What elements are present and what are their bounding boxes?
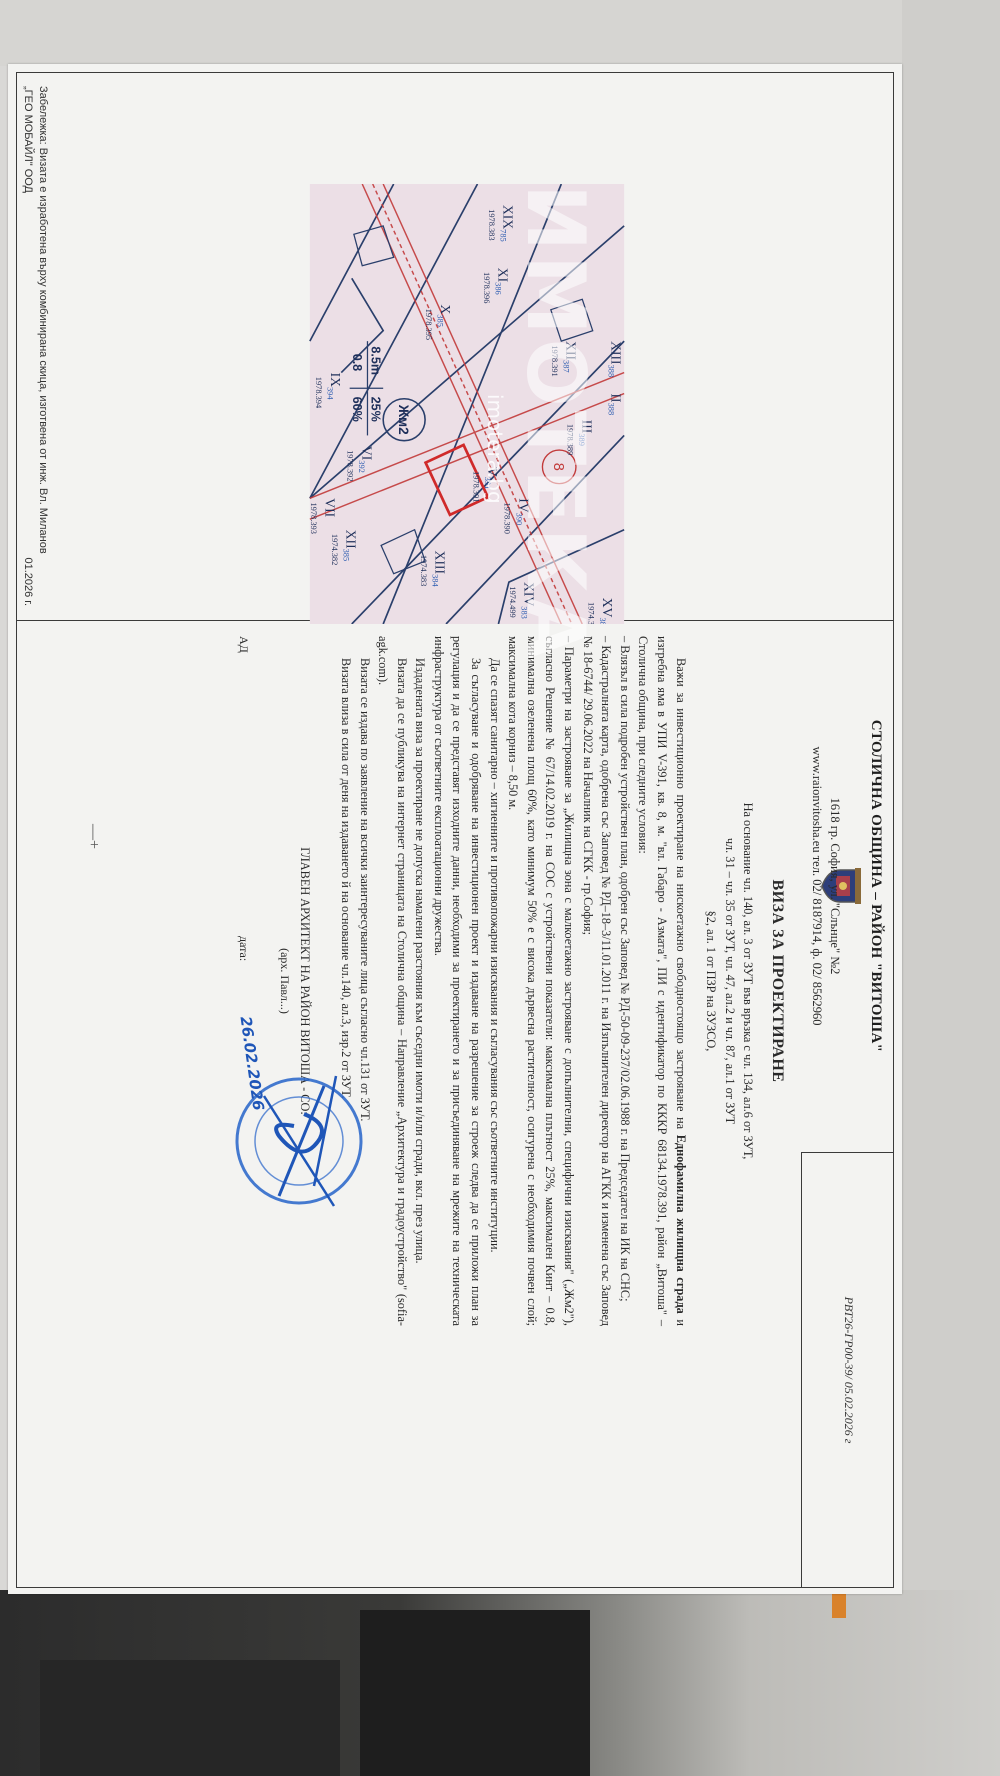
pencil-mark-icon: —+	[84, 824, 102, 849]
header-reference: РВТ26-ГР00-39/ 05.02.2026 г	[802, 1152, 894, 1588]
zone-label: Жм2	[396, 404, 411, 435]
plot-id: 1978.391	[471, 471, 480, 502]
signatory-name: (арх. Павл...)	[275, 636, 294, 1326]
param-density: 25%	[369, 397, 383, 422]
paragraph: Визата да се публикува на интернет стран…	[374, 636, 411, 1326]
organization-title: СТОЛИЧНА ОБЩИНА – РАЙОН "ВИТОША"	[867, 620, 884, 1152]
plot-id: 1978.396	[482, 272, 491, 303]
plot-id: 1978.392	[346, 450, 355, 481]
document-title: ВИЗА ЗА ПРОЕКТИРАНЕ	[767, 636, 786, 1326]
param-green: 60%	[350, 397, 364, 422]
footnote: Забележка: Визата е изработена върху ком…	[20, 86, 50, 606]
footnote-company: „ГЕО МОБАЙЛ" ООД	[20, 86, 35, 606]
paragraph: За съгласуване и одобряване на инвестици…	[429, 636, 485, 1326]
paragraph: Издадената виза за проектиране не допуск…	[411, 636, 430, 1326]
paragraph: Визата влиза в сила от деня на издаванет…	[336, 636, 355, 1326]
condition-item: – Параметри на застрояване за „Жилищна з…	[504, 636, 578, 1326]
condition-item: – Влязъл в сила подробен устройствен пла…	[615, 636, 634, 1326]
watermark: ИМОТЕКА	[509, 184, 602, 663]
legal-basis-line: §2, ал. 1 от ПЗР на ЗУЗСО,	[702, 636, 721, 1326]
desk-object	[40, 1660, 340, 1776]
desk-object	[832, 1590, 846, 1618]
ad-label: АД	[235, 636, 254, 653]
reference-number: РВТ26-ГР00-39/ 05.02.2026 г	[841, 1152, 856, 1588]
legal-basis-line: На основание чл. 140, ал. 3 от ЗУТ във в…	[739, 636, 758, 1326]
photo-background-right	[902, 0, 1000, 1776]
photo-background-desk	[0, 1590, 1000, 1776]
handwritten-date: 26.02.2026	[236, 1015, 268, 1112]
footnote-date: 01.2026 г.	[20, 557, 35, 606]
contacts: www.raionvitosha.eu тел. 02/ 8187914, ф.…	[809, 620, 824, 1152]
signature-block: ГЛАВЕН АРХИТЕКТ НА РАЙОН ВИТОША - СО: (а…	[275, 636, 314, 1326]
plot-id: 1974.382	[330, 534, 339, 565]
plot-id: 1974.383	[419, 555, 428, 586]
plot-id: 1978.395	[424, 309, 433, 340]
plot-id: 1978.383	[487, 209, 496, 240]
watermark-url: imotera.bg	[483, 394, 507, 504]
photo-background-top	[0, 0, 1000, 66]
paragraph: Визата се издава по заявление на всички …	[355, 636, 374, 1326]
plot-label: VII	[323, 498, 338, 517]
paragraph: Да се спазят санитарно – хигиенните и пр…	[485, 636, 504, 1326]
param-kint: 0.8	[350, 354, 364, 371]
header-organization: СТОЛИЧНА ОБЩИНА – РАЙОН "ВИТОША" 1618 гр…	[802, 620, 894, 1153]
signatory-title: ГЛАВЕН АРХИТЕКТ НА РАЙОН ВИТОША - СО:	[296, 636, 315, 1326]
desk-object	[360, 1610, 590, 1776]
plot-id: 1978.394	[314, 377, 323, 409]
condition-item: – Кадастралната карта, одобрена със Запо…	[578, 636, 615, 1326]
footnote-text: Забележка: Визата е изработена върху ком…	[35, 86, 50, 606]
document-page: СТОЛИЧНА ОБЩИНА – РАЙОН "ВИТОША" 1618 гр…	[8, 64, 902, 1594]
date-row: АД дата: 26.02.2026	[233, 636, 253, 1326]
intro-paragraph: Важи за инвестиционно проектиране на нис…	[634, 636, 690, 1326]
document-body: ВИЗА ЗА ПРОЕКТИРАНЕ На основание чл. 140…	[28, 636, 790, 1326]
date-label: дата:	[235, 936, 254, 961]
param-height: 8.5m	[369, 346, 383, 375]
address: 1618 гр. София, ул. "Слънце" №2	[827, 620, 842, 1152]
plot-id: 1978.393	[309, 502, 318, 533]
legal-basis-line: чл. 31 – чл. 35 от ЗУТ, чл. 47, ал.2 и ч…	[720, 636, 739, 1326]
